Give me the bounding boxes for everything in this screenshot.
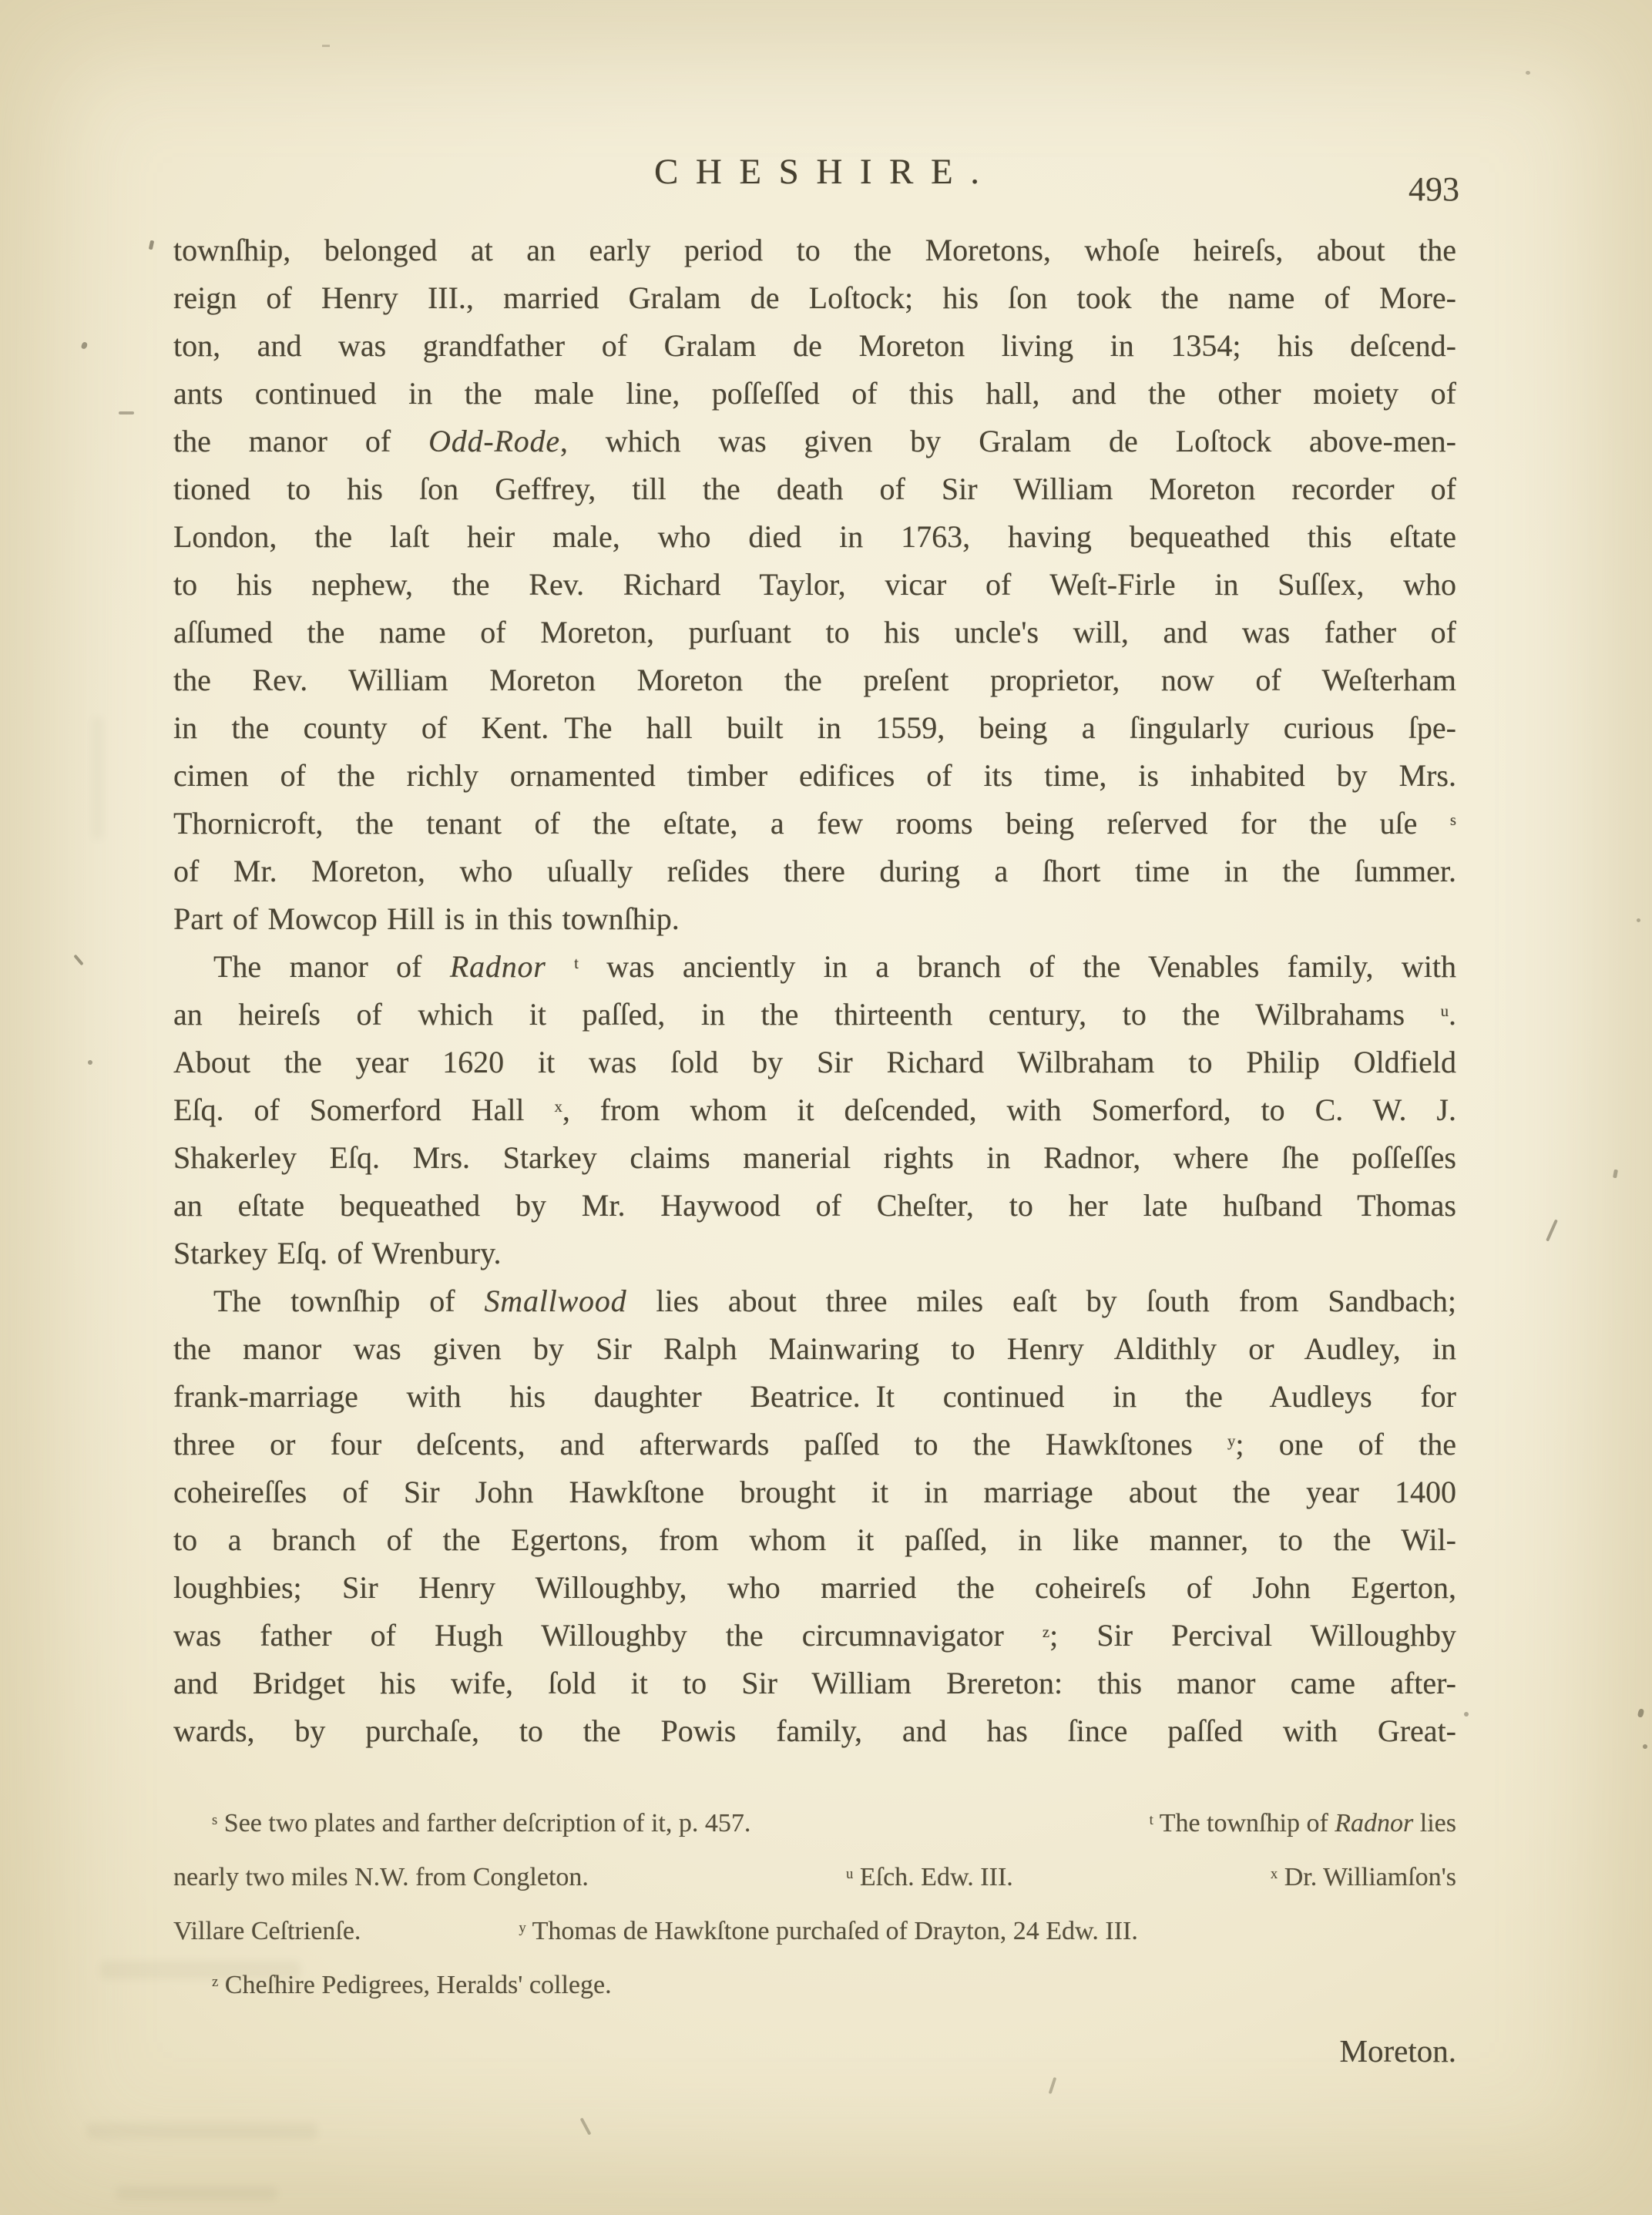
text-line: Part of Mowcop Hill is in this townſhip. (173, 895, 1456, 943)
footnote-text: x Dr. Williamſon's (1271, 1851, 1456, 1905)
text-line: to a branch of the Egertons, from whom i… (173, 1516, 1456, 1564)
text-line: wards, by purchaſe, to the Powis family,… (173, 1707, 1456, 1755)
text-line: Eſq. of Somerford Hall x, from whom it d… (173, 1086, 1456, 1134)
book-page-scan: CHESHIRE. 493 townſhip, belonged at an e… (0, 0, 1652, 2215)
text-line: Thornicroft, the tenant of the eſtate, a… (173, 800, 1456, 847)
text-line: tioned to his ſon Geffrey, till the deat… (173, 465, 1456, 513)
text-line: was father of Hugh Willoughby the circum… (173, 1612, 1456, 1660)
text-line: Starkey Eſq. of Wrenbury. (173, 1230, 1456, 1277)
text-line: aſſumed the name of Moreton, purſuant to… (173, 609, 1456, 656)
footnote-line: s See two plates and farther deſcription… (173, 1797, 1456, 1851)
footnote-line: Villare Ceſtrienſe.y Thomas de Hawkſtone… (173, 1905, 1456, 1958)
text-line: The townſhip of Smallwood lies about thr… (173, 1277, 1456, 1325)
text-line: frank-marriage with his daughter Beatric… (173, 1373, 1456, 1421)
running-header-title: CHESHIRE. (185, 151, 1449, 193)
scan-speck (580, 2117, 592, 2135)
text-line: ton, and was grandfather of Gralam de Mo… (173, 322, 1456, 370)
scan-speck (73, 955, 83, 966)
footnote-text: s See two plates and farther deſcription… (173, 1797, 750, 1851)
text-line: Shakerley Eſq. Mrs. Starkey claims maner… (173, 1134, 1456, 1182)
footnote-text: nearly two miles N.W. from Congleton. (173, 1851, 589, 1905)
text-line: an eſtate bequeathed by Mr. Haywood of C… (173, 1182, 1456, 1230)
footnote-text: t The townſhip of Radnor lies (1150, 1797, 1456, 1851)
page-number: 493 (1409, 169, 1459, 209)
scan-speck (1526, 71, 1530, 75)
footnotes-block: s See two plates and farther deſcription… (173, 1797, 1456, 2012)
footnote-text: u Eſch. Edw. III. (846, 1851, 1013, 1905)
scan-speck (81, 341, 89, 350)
text-line: coheireſſes of Sir John Hawkſtone brough… (173, 1468, 1456, 1516)
bleed-through-ghost (100, 1961, 301, 1979)
catchword: Moreton. (1340, 2032, 1456, 2069)
text-line: loughbies; Sir Henry Willoughby, who mar… (173, 1564, 1456, 1612)
text-line: About the year 1620 it was ſold by Sir R… (173, 1039, 1456, 1086)
text-line: three or four deſcents, and afterwards p… (173, 1421, 1456, 1468)
footnote-text: Villare Ceſtrienſe. (173, 1905, 361, 1958)
scan-speck (322, 45, 330, 47)
text-line: the manor of Odd-Rode, which was given b… (173, 418, 1456, 465)
text-line: townſhip, belonged at an early period to… (173, 227, 1456, 274)
bleed-through-ghost (86, 2123, 317, 2139)
scan-speck (1637, 918, 1640, 922)
text-line: ants continued in the male line, poſſeſſ… (173, 370, 1456, 418)
scan-speck (1613, 1170, 1618, 1179)
text-line: The manor of Radnor t was anciently in a… (173, 943, 1456, 991)
scan-speck (1049, 2077, 1057, 2094)
scan-speck (88, 1060, 92, 1065)
text-line: reign of Henry III., married Gralam de L… (173, 274, 1456, 322)
footnote-line: nearly two miles N.W. from Congleton.u E… (173, 1851, 1456, 1905)
scan-speck (1637, 1708, 1645, 1717)
scan-speck (119, 411, 134, 414)
text-line: the Rev. William Moreton Moreton the pre… (173, 656, 1456, 704)
text-line: and Bridget his wife, ſold it to Sir Wil… (173, 1660, 1456, 1707)
scan-speck (1546, 1219, 1558, 1241)
text-line: of Mr. Moreton, who uſually reſides ther… (173, 847, 1456, 895)
text-line: to his nephew, the Rev. Richard Taylor, … (173, 561, 1456, 609)
text-line: in the county of Kent. The hall built in… (173, 704, 1456, 752)
text-line: cimen of the richly ornamented timber ed… (173, 752, 1456, 800)
text-line: an heireſs of which it paſſed, in the th… (173, 991, 1456, 1039)
scan-speck (1643, 1744, 1647, 1749)
text-line: the manor was given by Sir Ralph Mainwar… (173, 1325, 1456, 1373)
scan-speck (1464, 1712, 1469, 1717)
body-text-column: townſhip, belonged at an early period to… (173, 227, 1456, 1755)
footnote-line: z Cheſhire Pedigrees, Heralds' college. (173, 1958, 1456, 2012)
scan-speck (149, 240, 154, 250)
text-line: London, the laſt heir male, who died in … (173, 513, 1456, 561)
bleed-through-ghost (116, 2186, 277, 2200)
footnote-text: y Thomas de Hawkſtone purchaſed of Drayt… (519, 1905, 1137, 1958)
bleed-through-ghost (92, 717, 103, 840)
